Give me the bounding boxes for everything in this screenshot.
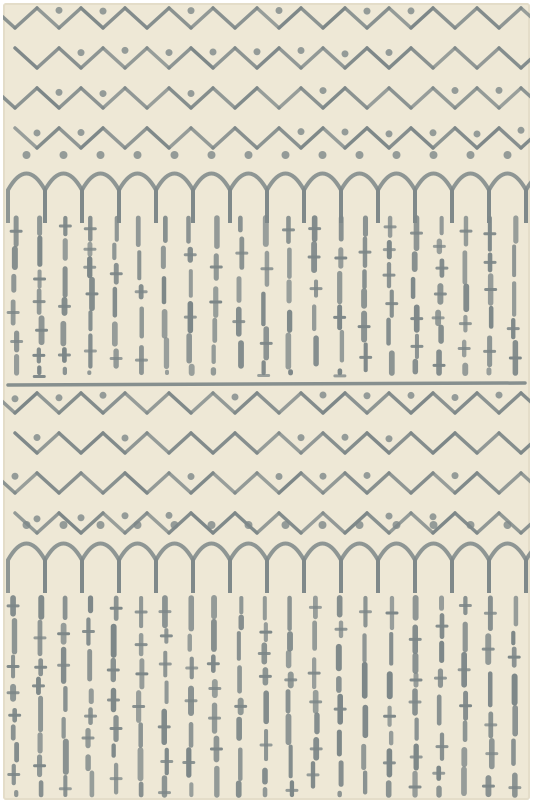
rug-pattern <box>3 3 530 800</box>
product-photo <box>0 0 533 803</box>
shag-rug <box>3 3 530 800</box>
